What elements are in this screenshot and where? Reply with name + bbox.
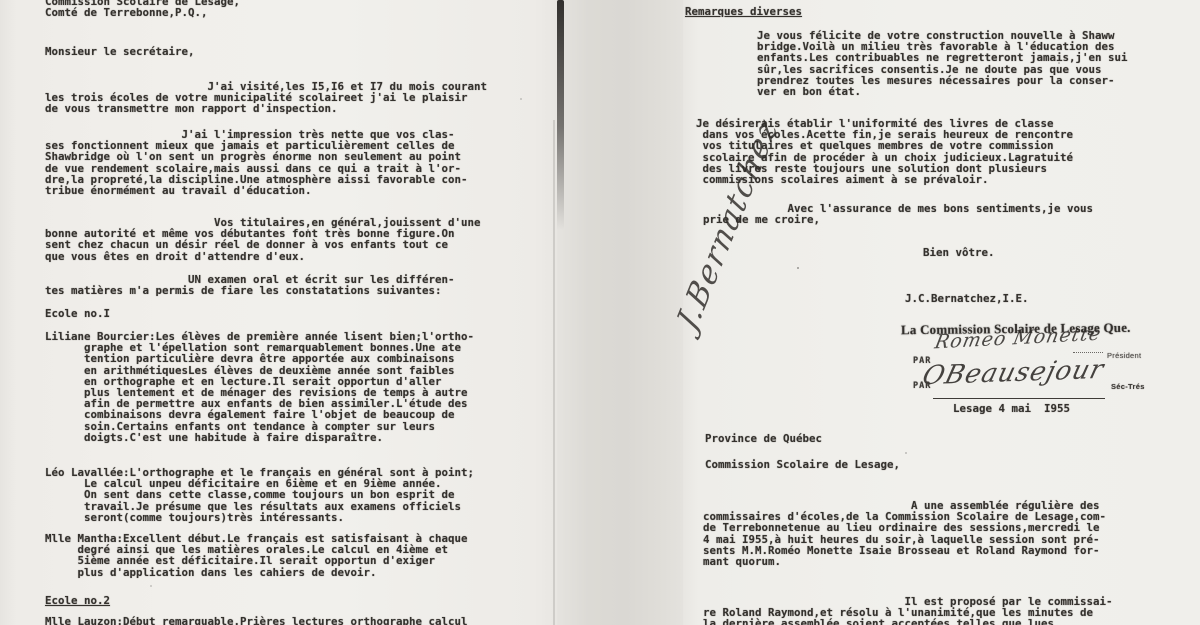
heading-remarques: Remarques diverses (685, 6, 802, 17)
paragraph-bourcier: Liliane Bourcier:Les élèves de première … (45, 331, 474, 443)
paragraph-visit: J'ai visité,les I5,I6 et I7 du mois cour… (45, 81, 487, 115)
address-block: Commission Scolaire de Lesage, Comté de … (45, 0, 240, 18)
paragraph-assurance: Avec l'assurance de mes bons sentiments,… (703, 203, 1093, 225)
president-dotted-line (1073, 352, 1103, 353)
paragraph-impression: J'ai l'impression très nette que vos cla… (45, 129, 468, 196)
ink-speck (797, 267, 799, 269)
dateline: Lesage 4 mai I955 (953, 403, 1070, 414)
ink-speck (307, 229, 309, 231)
secretary-signature: OBeausejour (919, 355, 1107, 392)
scanned-document: Commission Scolaire de Lesage, Comté de … (0, 0, 1200, 625)
president-label: Président (1107, 351, 1141, 360)
par-label-2: PAR (913, 381, 931, 391)
paragraph-lauzon: Mlle Lauzon:Début remarquable.Prières le… (45, 616, 468, 625)
paragraph-mantha: Mlle Mantha:Excellent début.Le français … (45, 533, 468, 578)
province-line: Province de Québec (705, 433, 822, 444)
salutation: Monsieur le secrétaire, (45, 46, 195, 57)
paragraph-assemblee: A une assemblée régulière des commissair… (703, 500, 1106, 567)
heading-ecole-2: Ecole no.2 (45, 595, 110, 606)
spine-shadow-icon (557, 0, 564, 230)
right-page: Remarques diverses Je vous félicite de v… (683, 0, 1200, 625)
paper-speck (905, 452, 907, 454)
typed-signature: J.C.Bernatchez,I.E. (905, 293, 1029, 304)
paragraph-felicite: Je vous félicite de votre construction n… (757, 30, 1128, 97)
paragraph-lavallee: Léo Lavallée:L'orthographe et le françai… (45, 467, 474, 523)
paragraph-examen: UN examen oral et écrit sur les différen… (45, 274, 455, 296)
paragraph-titulaires: Vos titulaires,en général,jouissent d'un… (45, 217, 481, 262)
paragraph-propose: Il est proposé par le commissai- re Rola… (703, 596, 1113, 625)
spine-faint-line (553, 120, 555, 625)
paper-speck (150, 585, 152, 587)
paper-speck (1058, 62, 1060, 64)
closing-line: Bien vôtre. (923, 247, 995, 258)
commission-line: Commission Scolaire de Lesage, (705, 459, 900, 470)
paper-speck (520, 98, 522, 100)
page-gutter (557, 0, 683, 625)
left-page: Commission Scolaire de Lesage, Comté de … (0, 0, 557, 625)
sec-tres-label: Séc-Trés (1111, 382, 1145, 391)
heading-ecole-1: Ecole no.I (45, 308, 110, 319)
signature-line (933, 398, 1105, 399)
